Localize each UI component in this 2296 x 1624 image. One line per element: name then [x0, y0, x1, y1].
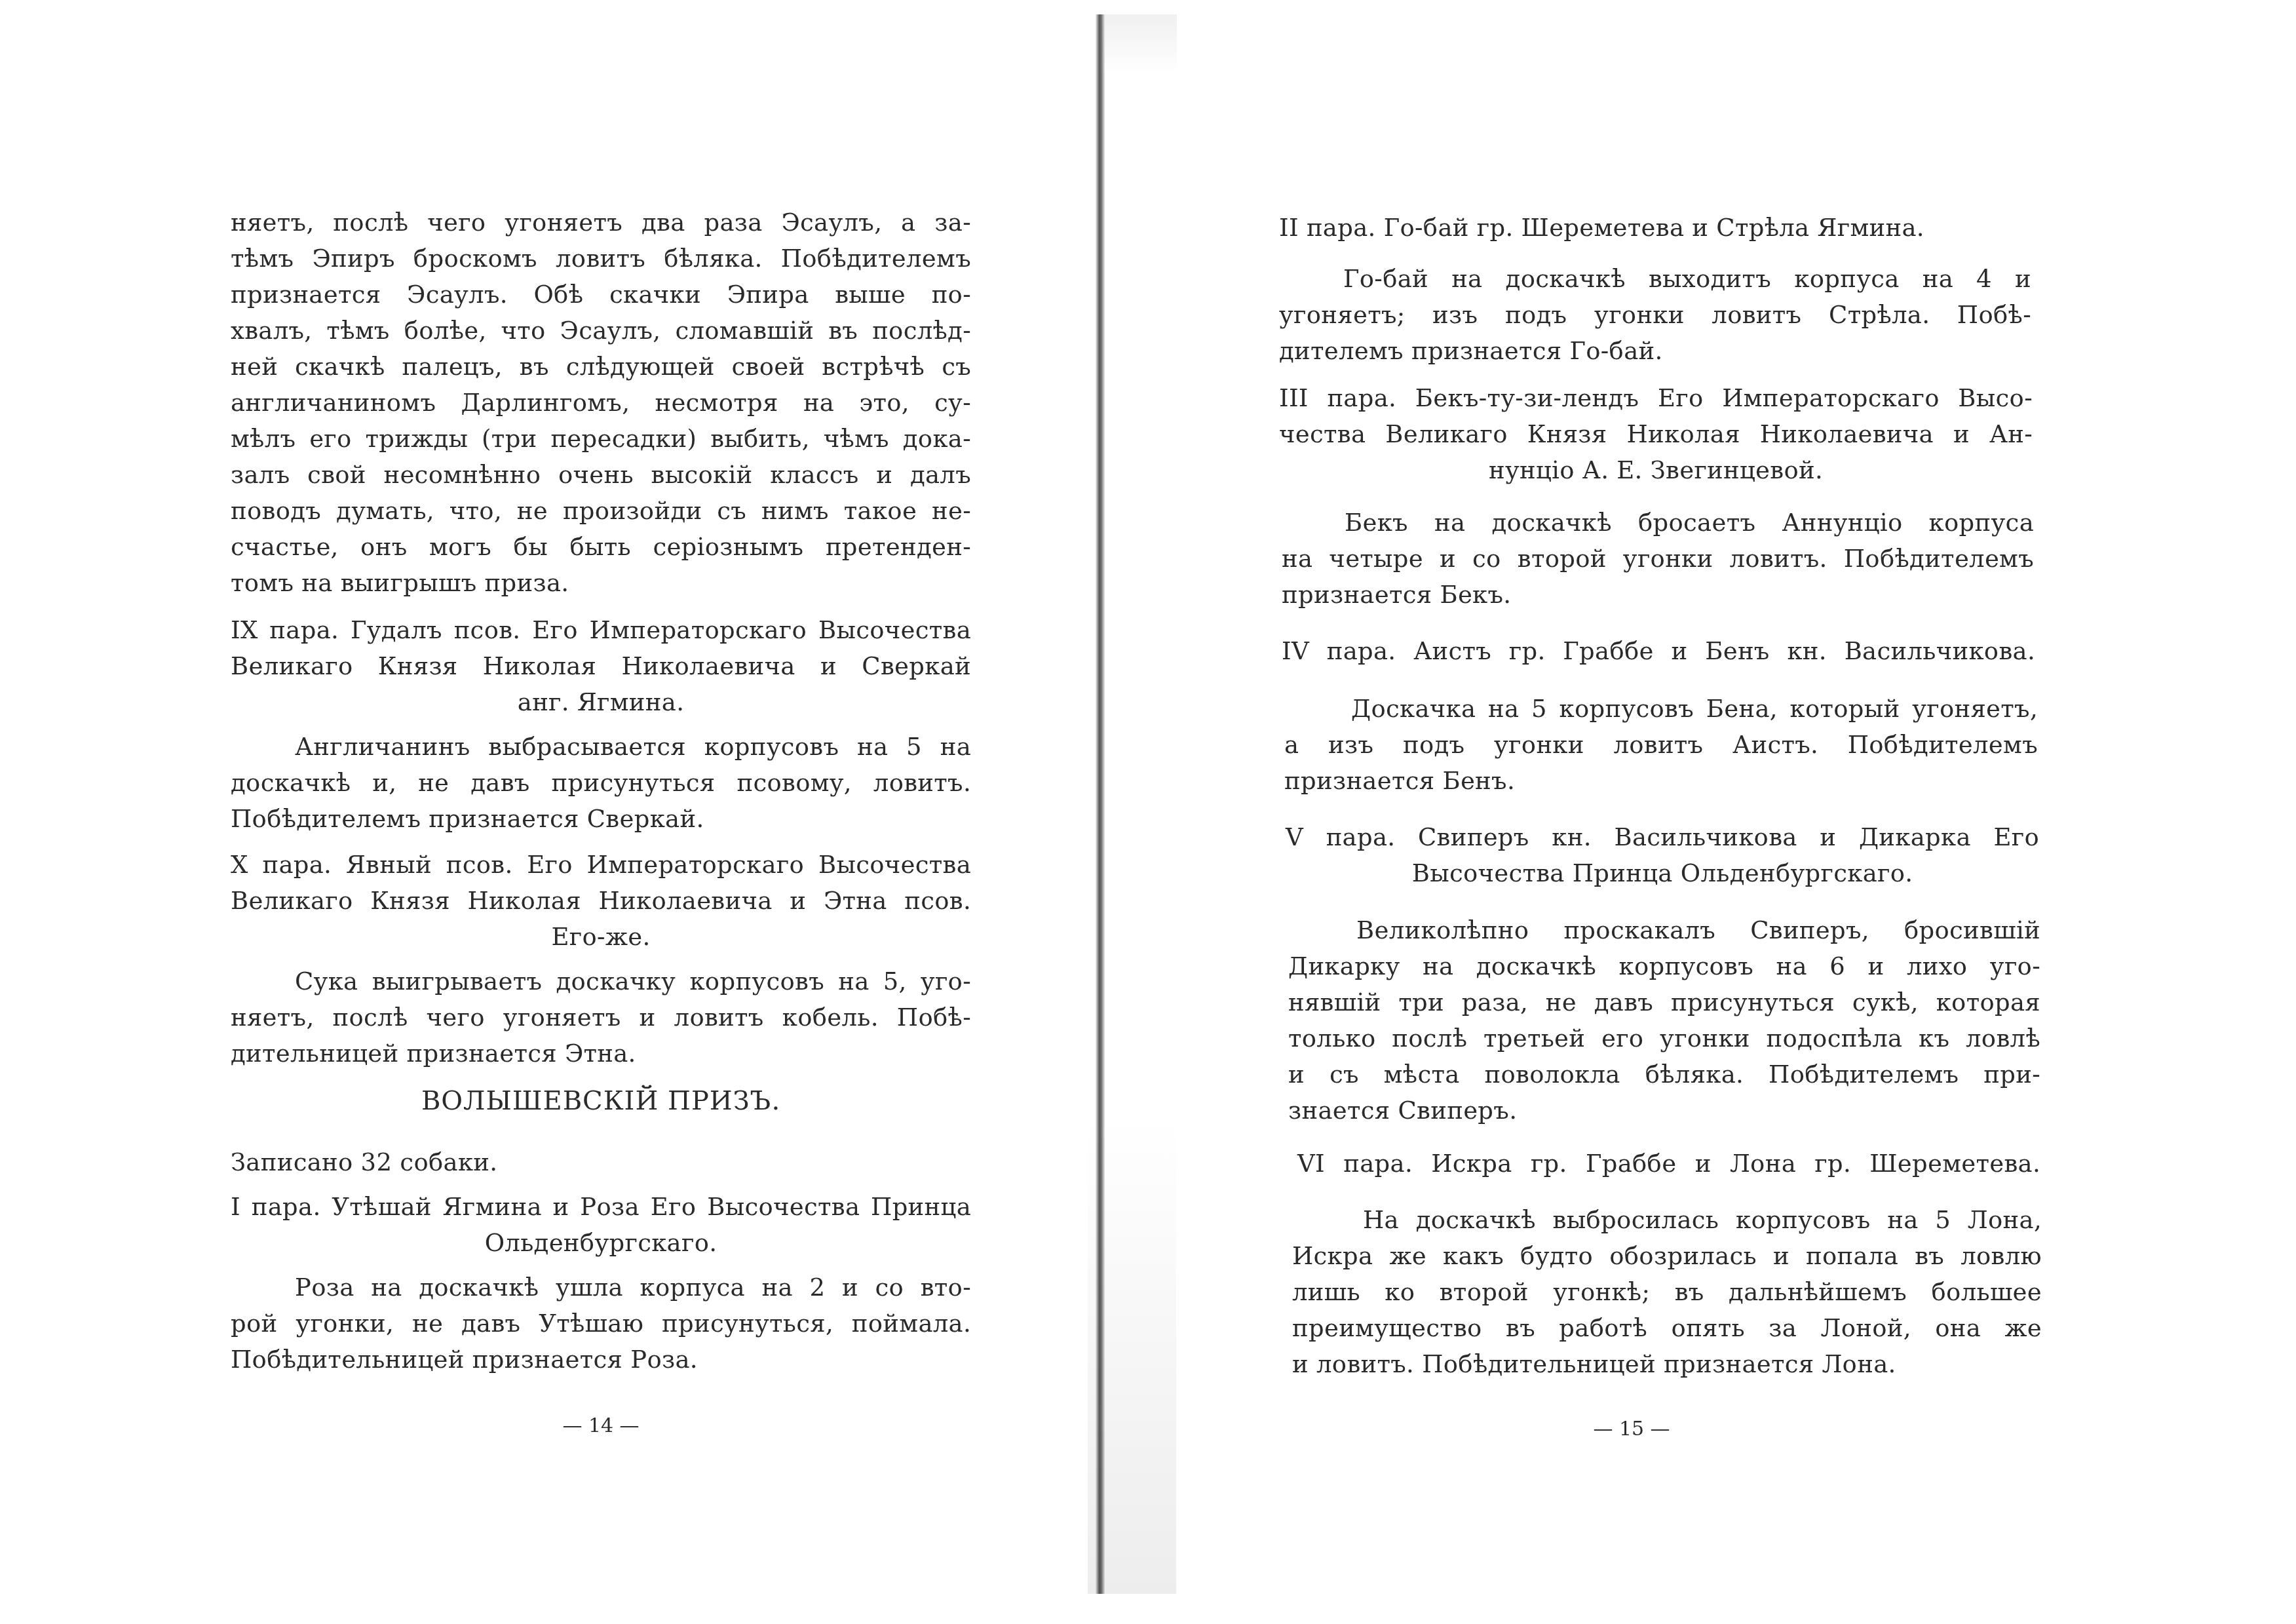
text-line: мѣлъ его трижды (три пересадки) выбить, … — [231, 425, 971, 454]
pair-iv-title: IV пара. Аистъ гр. Граббе и Бенъ кн. Вас… — [1282, 637, 2035, 666]
pair-ii-text: дителемъ признается Го-бай. — [1279, 337, 1663, 366]
text-line: томъ на выигрышъ приза. — [231, 569, 569, 598]
section-title: ВОЛЫШЕВСКІЙ ПРИЗЪ. — [231, 1087, 971, 1115]
pair-vi-title: VI пара. Искра гр. Граббе и Лона гр. Шер… — [1297, 1150, 2040, 1178]
pair-iii-title: нунціо А. Е. Звегинцевой. — [1279, 456, 2033, 485]
pair-iv-text: а изъ подъ угонки ловитъ Аистъ. Побѣдите… — [1284, 731, 2038, 760]
pair-v-text: нявшій три раза, не давъ присунуться сук… — [1288, 988, 2040, 1017]
text-line: счастье, онъ могъ бы быть серіознымъ пре… — [231, 533, 971, 562]
pair-x-text: Сука выигрываетъ доскачку корпусовъ на 5… — [295, 967, 971, 996]
pair-x-title: X пара. Явный псов. Его Императорскаго В… — [231, 851, 971, 880]
pair-i-title: I пара. Утѣшай Ягмина и Роза Его Высочес… — [231, 1193, 971, 1222]
pair-iii-text: на четыре и со второй угонки ловитъ. Поб… — [1282, 545, 2034, 573]
pair-v-text: только послѣ третьей его угонки подоспѣл… — [1288, 1024, 2040, 1053]
pair-ii-text: угоняетъ; изъ подъ угонки ловитъ Стрѣла.… — [1279, 301, 2031, 330]
text-line: признается Эсаулъ. Обѣ скачки Эпира выше… — [231, 280, 971, 309]
pair-ix-text: доскачкѣ и, не давъ присунуться псовому,… — [231, 769, 971, 798]
right-page: II пара. Го-бай гр. Шереметева и Стрѣла … — [1107, 0, 2296, 1624]
pair-x-title: Его-же. — [231, 923, 971, 952]
text-line: няетъ, послѣ чего угоняетъ два раза Эсау… — [231, 208, 971, 237]
pair-x-text: дительницей признается Этна. — [231, 1039, 636, 1068]
pair-v-text: знается Свиперъ. — [1288, 1096, 1517, 1125]
pair-vi-text: На доскачкѣ выбросилась корпусовъ на 5 Л… — [1363, 1206, 2042, 1235]
entries-count: Записано 32 собаки. — [231, 1148, 497, 1177]
pair-v-title: V пара. Свиперъ кн. Васильчикова и Дикар… — [1286, 823, 2039, 852]
pair-i-title: Ольденбургскаго. — [231, 1229, 971, 1258]
pair-ii-title: II пара. Го-бай гр. Шереметева и Стрѣла … — [1279, 214, 1924, 242]
page-number: — 15 — — [1533, 1418, 1730, 1441]
text-line: залъ свой несомнѣнно очень высокій класс… — [231, 461, 971, 490]
left-page: няетъ, послѣ чего угоняетъ два раза Эсау… — [0, 0, 1094, 1624]
pair-v-title: Высочества Принца Ольденбургскаго. — [1286, 859, 2039, 888]
page-number: — 14 — — [503, 1414, 699, 1438]
pair-vi-text: лишь ко второй угонкѣ; въ дальнѣйшемъ бо… — [1292, 1278, 2042, 1307]
pair-x-title: Великаго Князя Николая Николаевича и Этн… — [231, 887, 971, 916]
pair-i-text: рой угонки, не давъ Утѣшаю присунуться, … — [231, 1309, 971, 1338]
pair-vi-text: и ловитъ. Побѣдительницей признается Лон… — [1292, 1350, 1896, 1379]
pair-ii-text: Го-бай на доскачкѣ выходитъ корпуса на 4… — [1343, 265, 2031, 294]
pair-ix-title: IX пара. Гудалъ псов. Его Императорскаго… — [231, 616, 971, 645]
text-line: ней скачкѣ палецъ, въ слѣдующей своей вс… — [231, 353, 971, 381]
pair-i-text: Побѣдительницей признается Роза. — [231, 1345, 698, 1374]
text-line: тѣмъ Эпиръ броскомъ ловитъ бѣляка. Побѣд… — [231, 244, 971, 273]
pair-v-text: Великолѣпно проскакалъ Свиперъ, бросивші… — [1356, 916, 2040, 945]
pair-ix-title: Великаго Князя Николая Николаевича и Све… — [231, 652, 971, 681]
text-line: хвалъ, тѣмъ болѣе, что Эсаулъ, сломавшій… — [231, 317, 971, 345]
pair-iii-text: признается Бекъ. — [1282, 581, 1511, 609]
pair-iv-text: признается Бенъ. — [1284, 767, 1515, 796]
pair-iii-title: чества Великаго Князя Николая Николаевич… — [1279, 420, 2033, 449]
pair-ix-title: анг. Ягмина. — [231, 688, 971, 717]
pair-ix-text: Побѣдителемъ признается Сверкай. — [231, 805, 704, 834]
pair-ix-text: Англичанинъ выбрасывается корпусовъ на 5… — [295, 733, 971, 762]
pair-x-text: няетъ, послѣ чего угоняетъ и ловитъ кобе… — [231, 1003, 971, 1032]
pair-i-text: Роза на доскачкѣ ушла корпуса на 2 и со … — [295, 1273, 971, 1302]
pair-iii-text: Бекъ на доскачкѣ бросаетъ Аннунціо корпу… — [1345, 509, 2034, 537]
text-line: англичаниномъ Дарлингомъ, несмотря на эт… — [231, 389, 971, 417]
pair-v-text: Дикарку на доскачкѣ корпусовъ на 6 и лих… — [1288, 952, 2040, 981]
pair-vi-text: Искра же какъ будто обозрилась и попала … — [1292, 1242, 2042, 1271]
pair-v-text: и съ мѣста поволокла бѣляка. Побѣдителем… — [1288, 1060, 2040, 1089]
pair-vi-text: преимущество въ работѣ опять за Лоной, о… — [1292, 1314, 2042, 1343]
pair-iv-text: Доскачка на 5 корпусовъ Бена, который уг… — [1351, 695, 2038, 724]
text-line: поводъ думать, что, не произойди съ нимъ… — [231, 497, 971, 526]
pair-iii-title: III пара. Бекъ-ту-зи-лендъ Его Император… — [1279, 384, 2033, 413]
